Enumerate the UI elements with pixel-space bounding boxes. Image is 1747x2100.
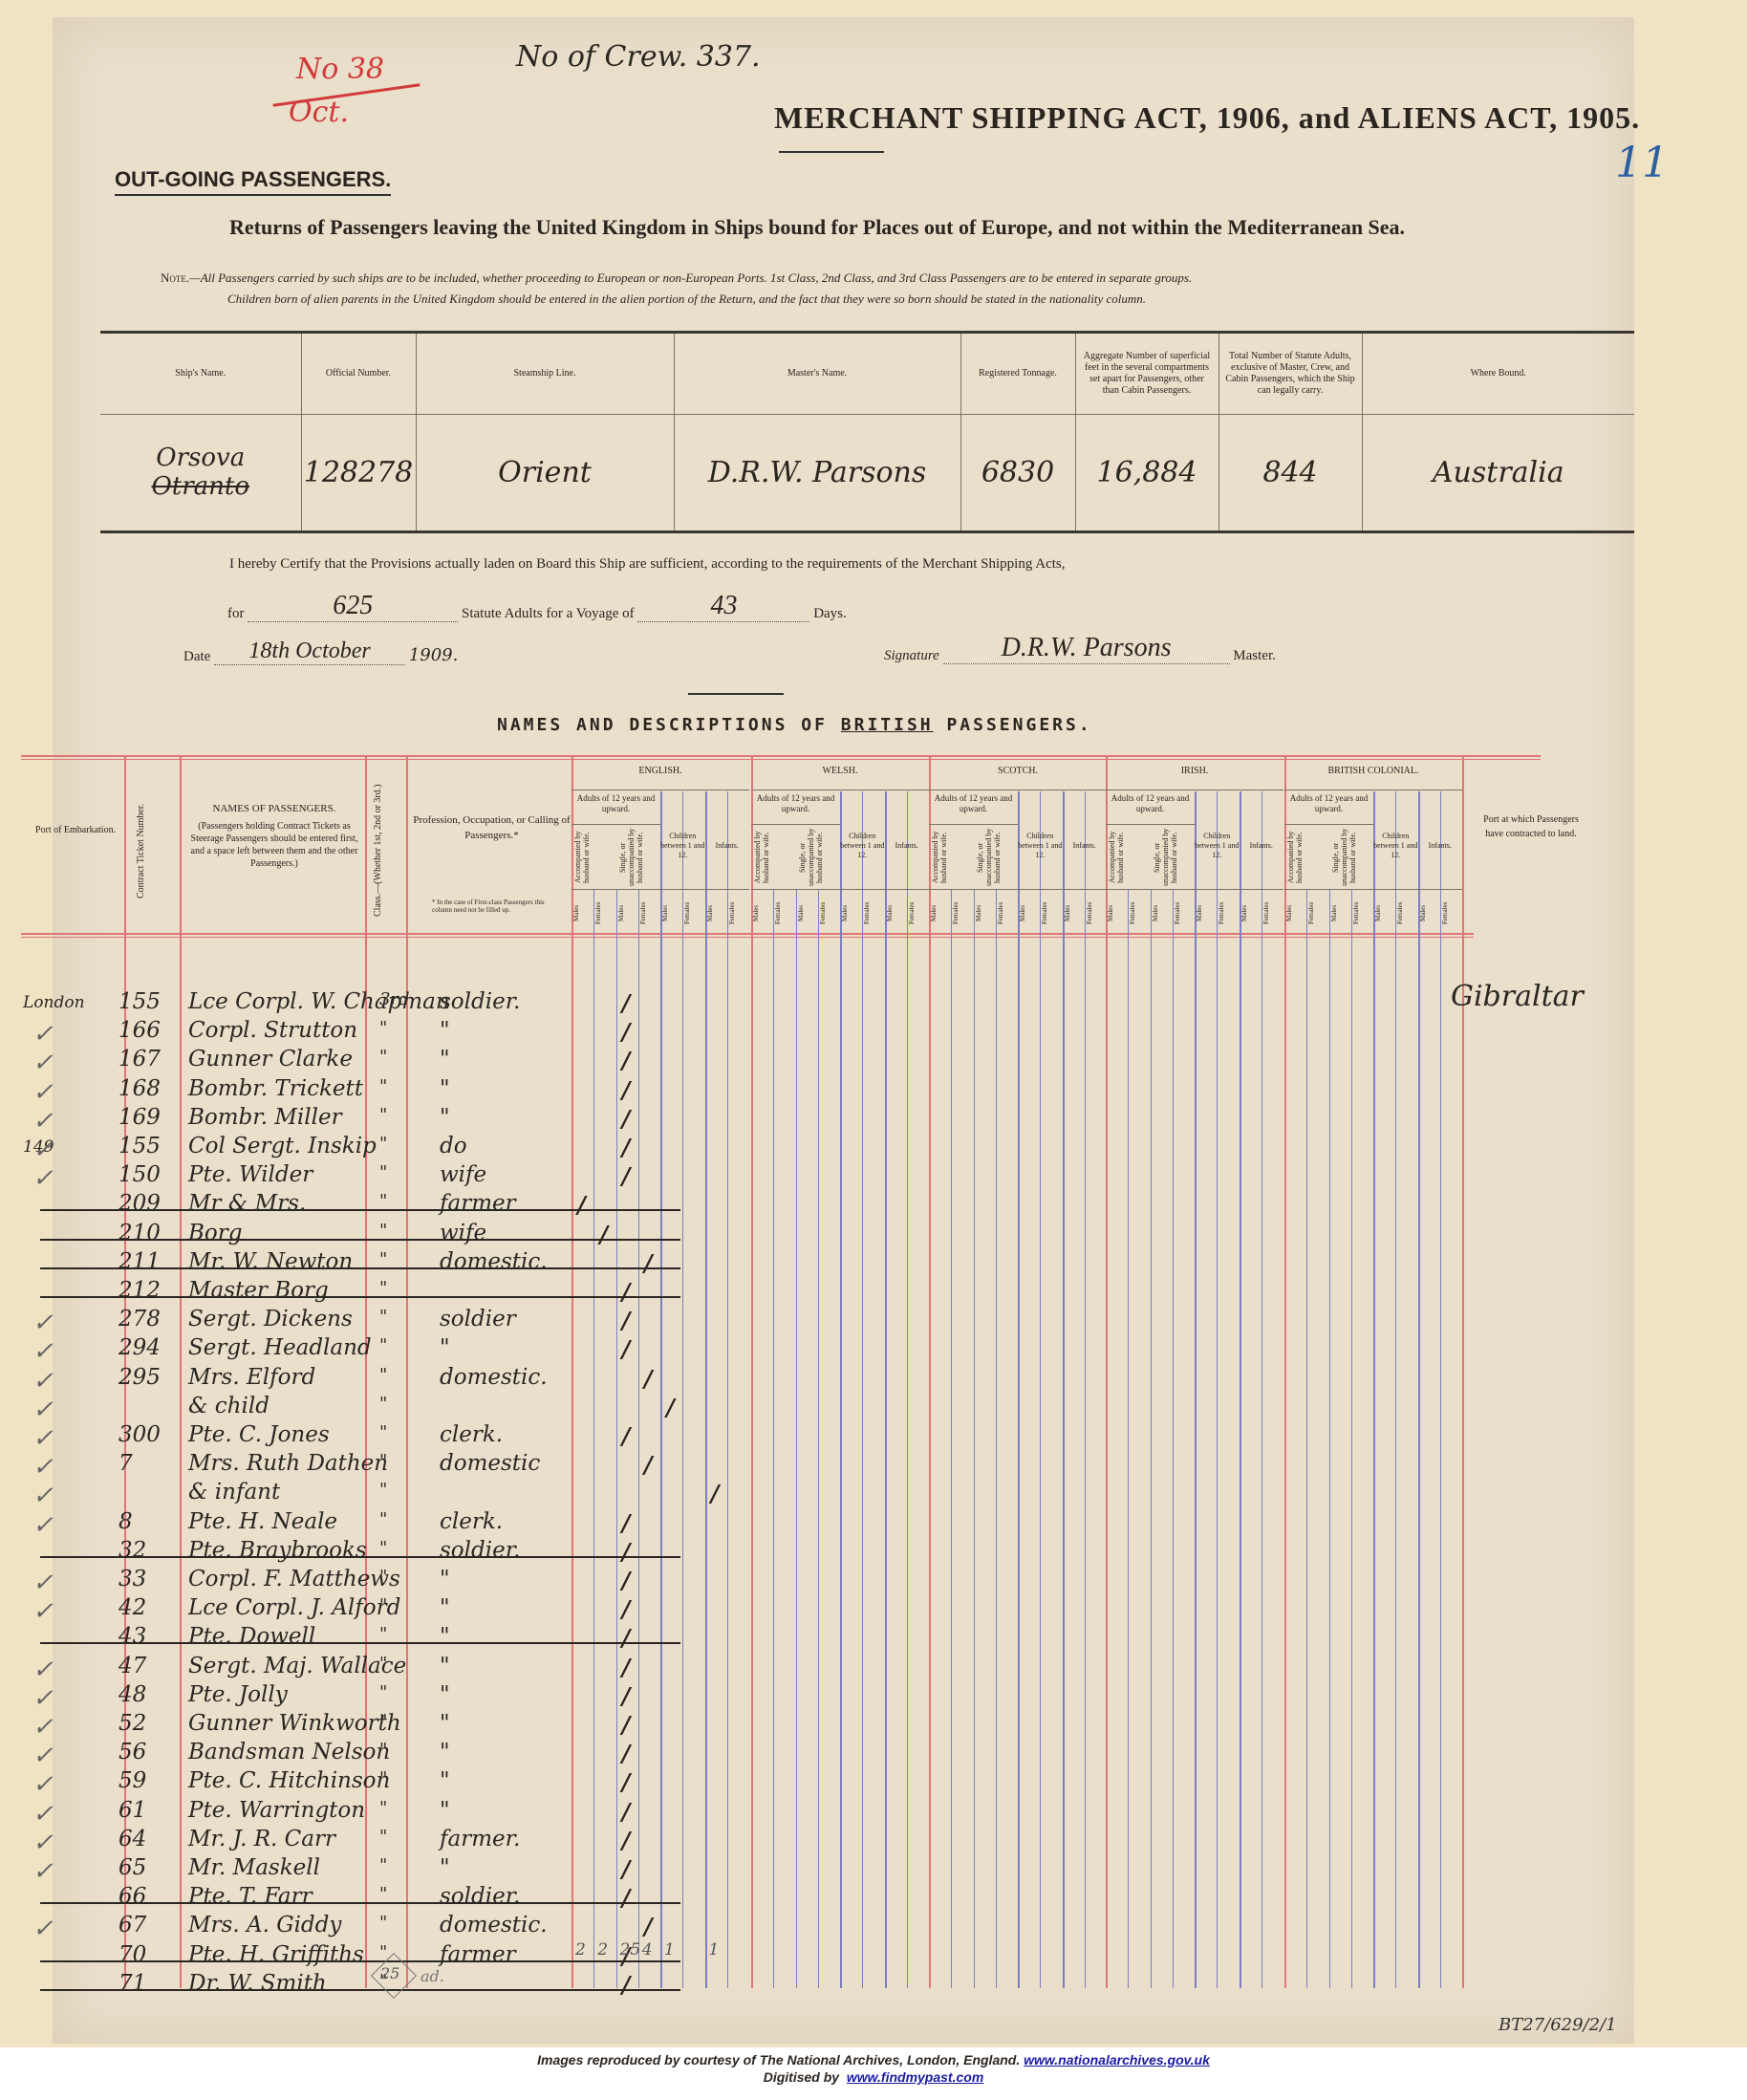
tally-mark: / (622, 1827, 631, 1854)
ticket-number: 64 (119, 1827, 166, 1851)
column-total: 25 (620, 1940, 641, 1959)
females-label: Females (907, 895, 929, 931)
check-mark-icon: ✓ (32, 1020, 54, 1049)
ticket-number: 210 (119, 1221, 166, 1245)
passenger-name: Master Borg (188, 1278, 329, 1303)
children-label: Children between 1 and 12. (840, 832, 885, 860)
males-label: Males (1195, 895, 1217, 931)
passenger-class: " (379, 1335, 387, 1355)
passenger-name: Pte. Jolly (188, 1682, 288, 1707)
digitised-text: Digitised by (764, 2069, 839, 2085)
ticket-number: 209 (119, 1191, 166, 1216)
passenger-class: " (379, 1567, 387, 1587)
passenger-class: " (379, 1855, 387, 1875)
passenger-class: " (379, 1768, 387, 1788)
passenger-name: Corpl. Strutton (188, 1018, 357, 1043)
check-mark-icon: ✓ (32, 1367, 54, 1396)
voyage-days: 43 (637, 591, 809, 622)
children-label: Children between 1 and 12. (1373, 832, 1418, 860)
header-names-note: (Passengers holding Contract Tickets as … (183, 820, 365, 870)
passenger-class: " (379, 1624, 387, 1644)
passenger-name: Mr & Mrs. (188, 1191, 306, 1216)
females-label: Females (1040, 895, 1062, 931)
passenger-name: Lce Corpl. W. Chapman (188, 989, 450, 1014)
females-label: Females (1217, 895, 1239, 931)
passenger-name: Col Sergt. Inskip (188, 1134, 377, 1158)
check-mark-icon: ✓ (32, 1829, 54, 1857)
occupation: " (421, 1335, 583, 1360)
header-steamship-line: Steamship Line. (416, 334, 674, 414)
tally-mark: / (622, 1307, 631, 1334)
males-label: Males (572, 895, 593, 931)
males-label: Males (751, 895, 773, 931)
passenger-name: Lce Corpl. J. Alford (188, 1595, 400, 1620)
column-total: 1 (664, 1940, 675, 1959)
females-label: Females (1262, 895, 1283, 931)
ticket-number: 71 (119, 1971, 166, 1996)
occupation: do (421, 1134, 583, 1158)
males-label: Males (796, 895, 818, 931)
tally-mark: / (622, 1682, 631, 1710)
certificate-text: I hereby Certify that the Provisions act… (229, 556, 1066, 573)
check-mark-icon: ✓ (32, 1107, 54, 1136)
occupation: wife (421, 1162, 583, 1187)
passenger-class: " (379, 1711, 387, 1731)
certificate-provisions-line: for 625 Statute Adults for a Voyage of 4… (227, 591, 847, 622)
ticket-number: 43 (119, 1624, 166, 1649)
passenger-class: " (379, 1076, 387, 1096)
header-masters-name: Master's Name. (674, 334, 960, 414)
crew-count-note: No of Crew. 337. (516, 40, 761, 74)
females-label: Females (1173, 895, 1195, 931)
passenger-name: Mr. W. Newton (188, 1249, 353, 1274)
ship-name-cell: Orsova Otranto (100, 414, 301, 530)
check-mark-icon: ✓ (32, 1309, 54, 1337)
infants-label: Infants. (1240, 839, 1284, 852)
occupation: " (421, 1018, 583, 1043)
passenger-name: Mrs. Ruth Dathen (188, 1451, 388, 1476)
males-label: Males (1063, 895, 1085, 931)
adults-label: Adults of 12 years and upward. (1106, 793, 1195, 814)
red-reference-month: Oct. (289, 96, 349, 129)
check-mark-icon: ✓ (32, 1482, 54, 1510)
passenger-name: Pte. Dowell (188, 1624, 315, 1649)
check-mark-icon: ✓ (32, 1915, 54, 1943)
passenger-name: Pte. Warrington (188, 1798, 365, 1823)
nationality-4: BRITISH COLONIAL. (1284, 765, 1462, 777)
tally-mark: / (622, 1798, 631, 1826)
master-label: Master. (1233, 648, 1276, 663)
ticket-number: 295 (119, 1365, 166, 1390)
ticket-number: 70 (119, 1942, 166, 1967)
children-label: Children between 1 and 12. (1195, 832, 1240, 860)
tally-mark: / (666, 1394, 675, 1421)
statute-adults-capacity: 844 (1219, 414, 1362, 530)
females-label: Females (1128, 895, 1150, 931)
accompanied-label: Accompanied by husband or wife. (1108, 828, 1149, 887)
ticket-number: 65 (119, 1855, 166, 1880)
females-label: Females (818, 895, 840, 931)
adults-total-note: ad. (421, 1967, 444, 1985)
ticket-number: 278 (119, 1307, 166, 1331)
passenger-name: Sergt. Headland (188, 1335, 372, 1360)
passenger-name: Corpl. F. Matthews (188, 1567, 400, 1591)
check-mark-icon: ✓ (32, 1656, 54, 1684)
check-mark-icon: ✓ (32, 1049, 54, 1077)
ticket-number: 166 (119, 1018, 166, 1043)
header-superficial-feet: Aggregate Number of superficial feet in … (1075, 334, 1219, 414)
females-label: Females (1351, 895, 1373, 931)
passenger-class: " (379, 1884, 387, 1904)
header-occupation: Profession, Occupation, or Calling of Pa… (413, 812, 571, 843)
accompanied-label: Accompanied by husband or wife. (931, 828, 972, 887)
males-label: Males (840, 895, 862, 931)
accompanied-label: Accompanied by husband or wife. (753, 828, 794, 887)
column-total: 4 (642, 1940, 653, 1959)
check-mark-icon: ✓ (32, 1424, 54, 1453)
passenger-class: " (379, 1798, 387, 1818)
males-label: Males (1106, 895, 1128, 931)
note-line-1: —All Passengers carried by such ships ar… (189, 271, 1192, 285)
header-names-title: NAMES OF PASSENGERS. (183, 803, 365, 815)
master-name: D.R.W. Parsons (674, 414, 960, 530)
check-mark-icon: ✓ (32, 1713, 54, 1742)
females-label: Females (773, 895, 795, 931)
passenger-class: " (379, 1654, 387, 1674)
passenger-name: Dr. W. Smith (188, 1971, 327, 1996)
ticket-number: 67 (119, 1913, 166, 1938)
ticket-number: 212 (119, 1278, 166, 1303)
for-label: for (227, 606, 245, 621)
ticket-number: 59 (119, 1768, 166, 1793)
occupation: farmer (421, 1942, 583, 1967)
tally-mark: / (622, 1076, 631, 1104)
national-archives-link[interactable]: www.nationalarchives.gov.uk (1024, 2052, 1210, 2068)
check-mark-icon: ✓ (32, 1742, 54, 1770)
certificate-year: 1909. (409, 645, 459, 665)
table-row: 71Dr. W. Smith"/ (21, 1971, 1541, 2004)
note-line-2: Children born of alien parents in the Un… (227, 292, 1146, 306)
occupation: " (421, 1624, 583, 1649)
passenger-name: Pte. Braybrooks (188, 1538, 367, 1563)
document-subtitle: Returns of Passengers leaving the United… (229, 215, 1405, 240)
superficial-feet: 16,884 (1075, 414, 1219, 530)
occupation: " (421, 1855, 583, 1880)
occupation: soldier. (421, 989, 583, 1014)
passenger-class: " (379, 1191, 387, 1211)
passenger-class: " (379, 1249, 387, 1269)
header-official-number: Official Number. (301, 334, 416, 414)
tally-mark: / (622, 1335, 631, 1363)
credit-text: Images reproduced by courtesy of The Nat… (537, 2052, 1020, 2068)
tally-mark: / (622, 1624, 631, 1652)
females-label: Females (996, 895, 1018, 931)
official-number: 128278 (301, 414, 416, 530)
check-mark-icon: ✓ (32, 1136, 54, 1164)
males-label: Males (705, 895, 727, 931)
steamship-line: Orient (416, 414, 674, 530)
section-title-pre: NAMES AND DESCRIPTIONS OF (497, 715, 841, 735)
males-label: Males (1018, 895, 1040, 931)
adults-label: Adults of 12 years and upward. (929, 793, 1018, 814)
tally-mark: / (711, 1480, 720, 1507)
header-statute-adults: Total Number of Statute Adults, exclusiv… (1219, 334, 1362, 414)
check-mark-icon: ✓ (32, 1396, 54, 1424)
section-title-british: BRITISH (841, 715, 934, 735)
males-label: Males (616, 895, 638, 931)
passengers-section-title: NAMES AND DESCRIPTIONS OF BRITISH PASSEN… (497, 715, 1092, 735)
occupation: farmer. (421, 1827, 583, 1851)
single-label: Single, or unaccompanied by husband or w… (1153, 828, 1194, 887)
tally-mark: / (622, 1538, 631, 1566)
ticket-number: 155 (119, 989, 166, 1014)
tally-mark: / (622, 1855, 631, 1883)
passenger-class: " (379, 1682, 387, 1702)
check-mark-icon: ✓ (32, 1800, 54, 1829)
single-label: Single, or unaccompanied by husband or w… (798, 828, 839, 887)
accompanied-label: Accompanied by husband or wife. (573, 828, 615, 887)
ticket-number: 66 (119, 1884, 166, 1909)
ticket-number: 167 (119, 1047, 166, 1072)
passenger-class: " (379, 1827, 387, 1847)
passenger-name: Gunner Clarke (188, 1047, 353, 1072)
tally-mark: / (622, 1654, 631, 1681)
header-contract-ticket: Contract Ticket Number. (136, 784, 164, 918)
nationality-1: WELSH. (751, 765, 929, 777)
tally-mark: / (622, 1567, 631, 1594)
statute-adults-provisioned: 625 (248, 591, 458, 622)
registered-tonnage: 6830 (960, 414, 1075, 530)
credits-footer: Images reproduced by courtesy of The Nat… (0, 2047, 1747, 2100)
passenger-class: " (379, 1480, 387, 1500)
passenger-class: " (379, 1394, 387, 1414)
passenger-class: " (379, 1162, 387, 1182)
passenger-class: " (379, 1105, 387, 1125)
passenger-name: Mr. Maskell (188, 1855, 320, 1880)
occupation: wife (421, 1221, 583, 1245)
passenger-class: " (379, 1422, 387, 1442)
column-total: 1 (709, 1940, 720, 1959)
occupation: farmer (421, 1191, 583, 1216)
adults-total-value: 25 (380, 1964, 399, 1982)
nationality-0: ENGLISH. (572, 765, 749, 777)
occupation: " (421, 1076, 583, 1101)
ticket-number: 8 (119, 1509, 166, 1534)
passenger-name: Mr. J. R. Carr (188, 1827, 335, 1851)
check-mark-icon: ✓ (32, 1569, 54, 1597)
passenger-class: " (379, 1307, 387, 1327)
header-registered-tonnage: Registered Tonnage. (960, 334, 1075, 414)
tally-mark: / (622, 1740, 631, 1767)
ticket-number: 300 (119, 1422, 166, 1447)
females-label: Females (638, 895, 660, 931)
findmypast-link[interactable]: www.findmypast.com (847, 2069, 983, 2085)
males-label: Males (1240, 895, 1262, 931)
document-title: MERCHANT SHIPPING ACT, 1906, and ALIENS … (774, 100, 1640, 136)
ticket-number: 211 (119, 1249, 166, 1274)
check-mark-icon: ✓ (32, 1770, 54, 1799)
occupation: soldier. (421, 1884, 583, 1909)
tally-mark: / (644, 1913, 653, 1940)
certificate-date: 18th October (214, 639, 405, 665)
ticket-number: 294 (119, 1335, 166, 1360)
tally-mark: / (622, 1422, 631, 1450)
tally-mark: / (622, 1711, 631, 1739)
adults-label: Adults of 12 years and upward. (751, 793, 840, 814)
ticket-number: 155 (119, 1134, 166, 1158)
infants-label: Infants. (885, 839, 930, 852)
males-label: Males (974, 895, 996, 931)
ship-details-table: Ship's Name. Official Number. Steamship … (100, 331, 1634, 533)
check-mark-icon: ✓ (32, 1078, 54, 1107)
certificate-signature-line: Signature D.R.W. Parsons Master. (884, 633, 1276, 664)
signature-label: Signature (884, 648, 939, 663)
ticket-number: 33 (119, 1567, 166, 1591)
passenger-class: " (379, 1047, 387, 1067)
check-mark-icon: ✓ (32, 1453, 54, 1482)
tally-mark: / (622, 1768, 631, 1796)
occupation: " (421, 1654, 583, 1678)
passenger-class: " (379, 1509, 387, 1529)
passenger-class: " (379, 1740, 387, 1760)
occupation: domestic. (421, 1249, 583, 1274)
passenger-name: Bombr. Miller (188, 1105, 342, 1130)
port: London (23, 993, 85, 1012)
females-label: Females (1306, 895, 1328, 931)
children-label: Children between 1 and 12. (1018, 832, 1063, 860)
check-mark-icon: ✓ (32, 1511, 54, 1540)
title-underline (779, 151, 884, 153)
instructions-note: Note.—All Passengers carried by such shi… (161, 268, 1604, 310)
passenger-name: Pte. T. Farr (188, 1884, 313, 1909)
single-label: Single, or unaccompanied by husband or w… (618, 828, 659, 887)
ticket-number: 52 (119, 1711, 166, 1736)
ticket-number: 32 (119, 1538, 166, 1563)
males-label: Males (660, 895, 682, 931)
days-label: Days. (813, 606, 847, 621)
passenger-class: " (379, 1913, 387, 1933)
header-class: Class.—(Whether 1st, 2nd or 3rd.) (373, 769, 401, 932)
passenger-name: Sergt. Maj. Wallace (188, 1654, 406, 1678)
occupation: " (421, 1595, 583, 1620)
passenger-class: " (379, 1018, 387, 1038)
passenger-name: Bandsman Nelson (188, 1740, 390, 1764)
ticket-number: 150 (119, 1162, 166, 1187)
tally-mark: / (622, 1134, 631, 1161)
check-mark-icon: ✓ (32, 1337, 54, 1366)
header-occupation-note: * In the case of First-class Passengers … (432, 898, 547, 914)
passenger-class: 3rd (379, 989, 410, 1009)
occupation: " (421, 1798, 583, 1823)
red-reference-number: No 38 (296, 53, 384, 86)
passenger-class: " (379, 1134, 387, 1154)
column-total: 2 (575, 1940, 586, 1959)
ticket-number: 47 (119, 1654, 166, 1678)
check-mark-icon: ✓ (32, 1164, 54, 1193)
single-label: Single, or unaccompanied by husband or w… (976, 828, 1017, 887)
passenger-name: Mrs. A. Giddy (188, 1913, 341, 1938)
tally-mark: / (622, 1278, 631, 1306)
tally-mark: / (622, 1595, 631, 1623)
header-ships-name: Ship's Name. (100, 334, 301, 414)
passenger-name: Pte. C. Jones (188, 1422, 330, 1447)
females-label: Females (951, 895, 973, 931)
passenger-name: Borg (188, 1221, 242, 1245)
females-label: Females (682, 895, 704, 931)
section-title-post: PASSENGERS. (934, 715, 1092, 735)
females-label: Females (593, 895, 615, 931)
females-label: Females (1395, 895, 1417, 931)
occupation: domestic (421, 1451, 583, 1476)
tally-mark: / (622, 1509, 631, 1537)
occupation: clerk. (421, 1422, 583, 1447)
passenger-name: Pte. Wilder (188, 1162, 313, 1187)
nationality-2: SCOTCH. (929, 765, 1107, 777)
ticket-number: 168 (119, 1076, 166, 1101)
passenger-name: Mrs. Elford (188, 1365, 315, 1390)
occupation: " (421, 1105, 583, 1130)
ticket-number: 56 (119, 1740, 166, 1764)
infants-label: Infants. (1063, 839, 1108, 852)
passenger-table: Port of Embarkation. Contract Ticket Num… (21, 755, 1541, 1998)
nationality-3: IRISH. (1106, 765, 1283, 777)
check-mark-icon: ✓ (32, 1597, 54, 1626)
females-label: Females (1440, 895, 1462, 931)
males-label: Males (1284, 895, 1306, 931)
adults-label: Adults of 12 years and upward. (1284, 793, 1373, 814)
page-number: 11 (1615, 139, 1669, 187)
occupation: domestic. (421, 1913, 583, 1938)
children-label: Children between 1 and 12. (660, 832, 705, 860)
occupation: " (421, 1682, 583, 1707)
passenger-class: " (379, 1538, 387, 1558)
females-label: Females (1085, 895, 1107, 931)
passenger-class: " (379, 1595, 387, 1615)
adults-label: Statute Adults for a Voyage of (462, 606, 635, 621)
passenger-name: & child (188, 1394, 270, 1418)
tally-mark: / (599, 1221, 608, 1248)
tally-mark: / (622, 1884, 631, 1912)
where-bound: Australia (1362, 414, 1634, 530)
ticket-number: 7 (119, 1451, 166, 1476)
tally-mark: / (577, 1191, 586, 1219)
tally-mark: / (622, 1105, 631, 1133)
tally-mark: / (622, 1162, 631, 1190)
passenger-class: " (379, 1365, 387, 1385)
males-label: Males (885, 895, 907, 931)
occupation: " (421, 1740, 583, 1764)
column-total: 2 (597, 1940, 608, 1959)
note-label: Note. (161, 271, 189, 285)
occupation: soldier (421, 1307, 583, 1331)
passenger-name: Bombr. Trickett (188, 1076, 363, 1101)
header-where-bound: Where Bound. (1362, 334, 1634, 414)
occupation: " (421, 1567, 583, 1591)
occupation: soldier. (421, 1538, 583, 1563)
single-label: Single, or unaccompanied by husband or w… (1331, 828, 1372, 887)
occupation: " (421, 1711, 583, 1736)
tally-mark: / (622, 1971, 631, 1999)
passenger-class: " (379, 1451, 387, 1471)
males-label: Males (1373, 895, 1395, 931)
check-mark-icon: ✓ (32, 1857, 54, 1886)
males-label: Males (1418, 895, 1440, 931)
ticket-number: 48 (119, 1682, 166, 1707)
tally-mark: / (622, 989, 631, 1017)
tally-mark: / (622, 1018, 631, 1046)
tally-mark: / (644, 1451, 653, 1479)
males-label: Males (1151, 895, 1173, 931)
